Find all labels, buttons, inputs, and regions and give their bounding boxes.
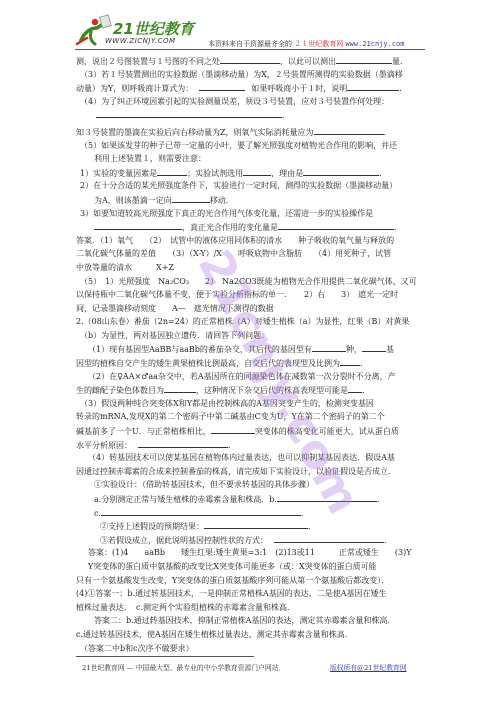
text-line: ③若假设成立，据此说明基因控制性状的方式：． <box>76 533 428 547</box>
text-line: 生的雌配子染色体数目为，这种情况下杂交后代的株高表现型可能是． <box>76 383 428 397</box>
answer-line: Y突变体的蛋白质中氨基酸的改变比X突变体可能更多（或：X突变体的蛋白质可能 <box>76 560 428 574</box>
slogan-brand: ２１世纪教育网 <box>294 40 343 48</box>
text: 生的雌配子染色体数目为 <box>76 386 164 395</box>
text: 种， <box>346 345 362 354</box>
text: 因型的植株自交产生的矮生黄果植株比例最高，自交后代的表现型及比例为 <box>76 359 340 368</box>
answer-line: 答案：(1)4 aaBb 矮生红果:矮生黄果=3:1 (2)13或11 正常或矮… <box>76 546 428 560</box>
answer-blank <box>204 519 308 529</box>
text-line: 因通过控制赤霉素的合成来控制番茄的株高，请完成如下实验设计，以验证假设是否成立． <box>76 465 428 479</box>
text: 量． <box>392 57 408 66</box>
answer-blank <box>138 438 228 448</box>
text: 知３号装置的墨滴在实验后向右移动量为Z，则氧气实际消耗量应为 <box>76 128 314 137</box>
text: ，这种情况下杂交后代的株高表现型可能是 <box>196 386 348 395</box>
text: 基 <box>386 345 394 354</box>
logo-url: WWW.ZICNJY.COM <box>105 37 176 45</box>
text: ． <box>228 441 236 450</box>
text: ． <box>379 169 387 178</box>
answer-line: 答案二：b.通过转基因技术，抑制正常植株A基因的表达，测定其赤霉素含量和株高． <box>76 614 428 628</box>
answer-blank <box>303 166 379 176</box>
text-line: 3）如要知道较高光照强度下真正的光合作用气体变化量，还需进一步的实验操作是 <box>76 207 428 221</box>
text: ，理由是 <box>271 169 303 178</box>
answer-line: c.通过转基因技术，使A基因在矮生植株过量表达，测定其赤霉素含量和株高． <box>76 628 428 642</box>
text: ． <box>308 522 316 531</box>
text-line: 为A，则该墨滴一定向移动． <box>76 193 428 207</box>
question-line: （b）为显性，两对基因独立遗传．请回答下列问题： <box>76 329 428 343</box>
logo-text: 21世纪教育 <box>113 18 194 39</box>
text-line: （1）现有基因型AaBB与aaBb的番茄杂交，其后代的基因型有种，基 <box>76 342 428 356</box>
text-line: ①实验设计：（借助转基因技术，但不要求转基因的具体步骤） <box>76 478 428 492</box>
answer-line: (4)①答案一：b.通过转基因技术，一是抑制正常植株A基因的表达，二是使A基因在… <box>76 587 428 601</box>
header-divider <box>75 49 425 50</box>
text-line: 碱基前多了一个U．与正常植株相比，突变体的株高变化可能更大，试从蛋白质 <box>76 424 428 438</box>
text: 测，说出２号图装置与１号图的不同之处 <box>76 57 220 66</box>
answer-blank <box>199 81 245 91</box>
text-line: （3）若１号装置测出的实验数据（墨滴移动量）为X，２号装置所测得的实验数据（墨滴… <box>76 68 428 82</box>
answer-blank <box>362 342 386 352</box>
text-line: （5）如果该发芽的种子已带一定量的小叶，要了解光照强度对植物光合作用的影响，并还 <box>76 139 428 153</box>
text: ． <box>301 509 309 518</box>
text: 水平分析原因： <box>76 441 132 450</box>
text: 1）实验的变量因素是 <box>80 169 157 178</box>
text: c. <box>94 509 101 518</box>
text-line: 转录的mRNA,发现X的第二个密码子中第二碱基由C变为U，Y在第二个密码子的第二… <box>76 410 428 424</box>
footer-divider <box>76 656 254 657</box>
answer-line: 二氧化碳气体量的差值 （3）（X-Y）/X 呼吸底物中含脂肪 （4）用死种子，试… <box>76 247 428 261</box>
slogan-prefix: 本资料来自于资源最齐全的 <box>208 40 292 48</box>
text-line: c.． <box>76 506 428 520</box>
answer-blank <box>243 166 271 176</box>
text-line: 测，说出２号图装置与１号图的不同之处，以此可以测出量． <box>76 54 428 68</box>
answer-blank <box>347 81 399 91</box>
text-line: ． <box>76 108 428 122</box>
text: ，以此可以测出 <box>280 57 336 66</box>
text: ． <box>384 536 392 545</box>
page-header: 21世纪教育 WWW.ZICNJY.COM 本资料来自于资源最齐全的 ２１世纪教… <box>75 12 425 52</box>
text-line: 水平分析原因：． <box>76 438 428 452</box>
text: ． <box>399 84 407 93</box>
text: ． <box>362 386 370 395</box>
answer-blank <box>336 54 392 64</box>
text-line: 利用上述装置１，则需要注意： <box>76 152 428 166</box>
text-line: （2）在♀AA×♂aa杂交中，若A基因所在的同源染色体在减数第一次分裂时不分离，… <box>76 370 428 384</box>
text-line: （4）转基因技术可以使某基因在植物体内过量表达，也可以抑制某基因表达．假设A基 <box>76 451 428 465</box>
text: ． <box>360 359 368 368</box>
document-body: 测，说出２号图装置与１号图的不同之处，以此可以测出量． （3）若１号装置测出的实… <box>76 54 428 655</box>
text: 动量）为Y，则呼吸商计算式为： <box>76 84 193 93</box>
question-line: 2.（08山东卷）番茄（2n=24）的正常植株（A）对矮生植株（a）为显性，红果… <box>76 315 428 329</box>
document-page: 21世纪教育 WWW.ZICNJY.COM 本资料来自于资源最齐全的 ２１世纪教… <box>0 0 500 707</box>
text-line: 动量）为Y，则呼吸商计算式为：如果呼吸商小于１时，说明． <box>76 81 428 95</box>
text-line: ②支持上述假设的预期结果：． <box>76 519 428 533</box>
text-line: 知３号装置的墨滴在实验后向右移动量为Z，则氧气实际消耗量应为． <box>76 125 428 139</box>
site-logo[interactable]: 21世纪教育 WWW.ZICNJY.COM <box>75 14 200 48</box>
text: ． <box>282 111 290 120</box>
answer-blank <box>312 342 346 352</box>
answer-line: 间，记录墨滴移动刻度 A— 遮光情况下测得的数据 <box>76 302 428 316</box>
text: ． <box>384 128 392 137</box>
text: ；实验试剂选用 <box>187 169 243 178</box>
answer-blank <box>277 492 377 502</box>
answer-blank <box>172 193 210 203</box>
text: 为A，则该墨滴一定向 <box>94 196 172 205</box>
text: 移动． <box>210 196 234 205</box>
text: 突变体的株高变化可能更大，试从蛋白质 <box>255 427 399 436</box>
footer-text: 21世纪教育网 — 中国最大型、最专业的中小学教育资源门户网站． <box>82 662 285 672</box>
text-line: ，真正光合作用的变化量是． <box>76 220 428 234</box>
answer-blank <box>340 356 360 366</box>
text-line: （4）为了纠正环境因素引起的实验测量误差，须设３号装置，应对３号装置作何处理： <box>76 95 428 109</box>
text: ． <box>394 223 402 232</box>
answer-blank <box>101 506 301 516</box>
answer-line: 以保持瓶中二氧化碳气体量不变，便于实验分析指标的单一． 2）右 3） 遮光一定时 <box>76 288 428 302</box>
text-line: a.分别测定正常与矮生植株的赤霉素含量和株高．b.． <box>76 492 428 506</box>
answer-blank <box>314 125 384 135</box>
answer-blank <box>157 166 187 176</box>
text: ． <box>377 495 385 504</box>
text: 如果呼吸商小于１时，说明 <box>251 84 347 93</box>
answer-blank <box>96 108 282 118</box>
answer-blank <box>94 220 182 230</box>
answer-line: 植株过量表达． c.测定两个实验组植株的赤霉素含量和株高． <box>76 601 428 615</box>
answer-blank <box>164 383 196 393</box>
answer-line: （答案二中b和c次序不做要求） <box>76 642 428 656</box>
answer-blank <box>348 383 362 393</box>
copyright-link[interactable]: 版权所有@21世纪教育网 <box>330 662 407 672</box>
answer-line: 中放等量的清水 X+Z <box>76 261 428 275</box>
text: （1）现有基因型AaBB与aaBb的番茄杂交，其后代的基因型有 <box>88 345 312 354</box>
text: a.分别测定正常与矮生植株的赤霉素含量和株高．b. <box>94 495 277 504</box>
text-line: 因型的植株自交产生的矮生黄果植株比例最高，自交后代的表现型及比例为． <box>76 356 428 370</box>
answer-line: 只有一个氨基酸发生改变，Y突变体的蛋白质氨基酸序列可能从第一个氨基酸后都改变）． <box>76 574 428 588</box>
text: ②支持上述假设的预期结果： <box>100 522 204 531</box>
text: ③若假设成立，据此说明基因控制性状的方式： <box>100 536 268 545</box>
answer-line: （5） 1）光照强度 Na₂CO₃ 2） Na2CO3既能为植物光合作用提供二氧… <box>76 275 428 289</box>
text: ，真正光合作用的变化量是 <box>182 223 278 232</box>
answer-line: 答案．（1）氧气 （2） 试管中的液体应用同体积的清水 种子吸收的氧气量与释放的 <box>76 234 428 248</box>
text-line: （3）假设两种纯合突变体X和Y都是由控制株高的A基因突变产生的，检测突变基因 <box>76 397 428 411</box>
slogan-site-link[interactable]: www.21cnjy.com <box>345 40 404 48</box>
header-slogan: 本资料来自于资源最齐全的 ２１世纪教育网 www.21cnjy.com <box>208 39 404 49</box>
answer-blank <box>220 54 280 64</box>
answer-blank <box>278 220 394 230</box>
answer-blank <box>211 424 255 434</box>
answer-blank <box>274 533 384 543</box>
text-line: 2）在十分合适的某光照强度条件下，实验进行一定时间，测得的实验数据（墨滴移动量） <box>76 179 428 193</box>
text-line: 1）实验的变量因素是；实验试剂选用，理由是． <box>76 166 428 180</box>
text: 碱基前多了一个U．与正常植株相比， <box>76 427 211 436</box>
